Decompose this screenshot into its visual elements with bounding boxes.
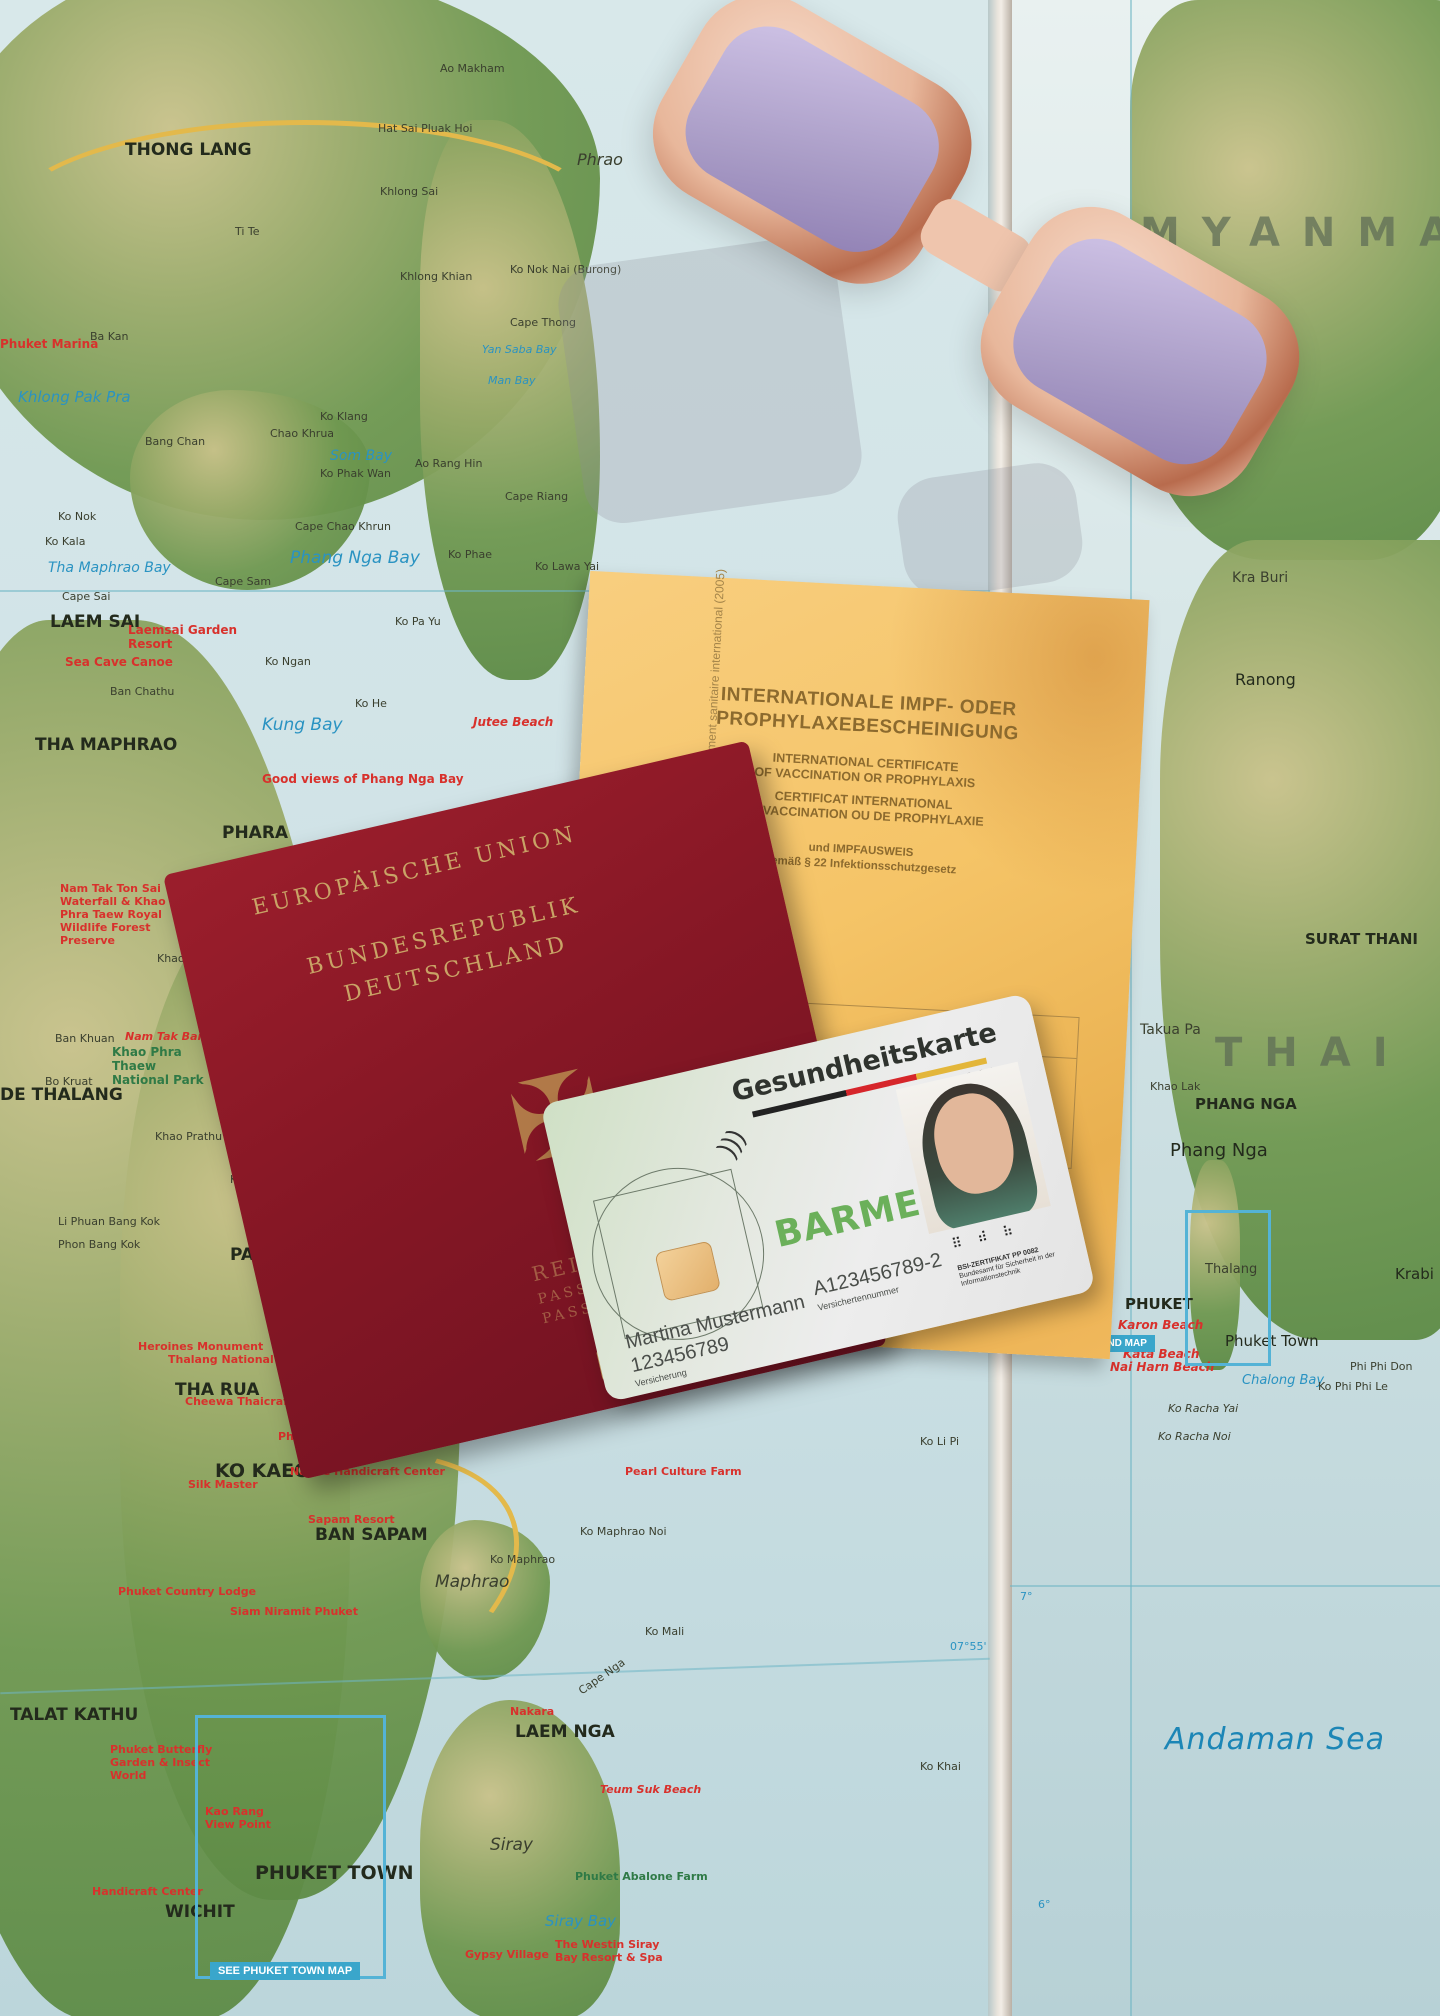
map-label-place: Ko Phae — [448, 548, 492, 561]
photo-scene: THONG LANG LAEM SAI THA MAPHRAO PHARA PA… — [0, 0, 1440, 2016]
map-label-place: Cape Sai — [62, 590, 110, 603]
map-label-water: Som Bay — [330, 448, 392, 464]
map-label-poi: Pearl Culture Farm — [625, 1465, 742, 1478]
map-label-place: Khlong Khian — [400, 270, 472, 283]
map-label-park: Khao Phra Thaew National Park — [112, 1045, 212, 1087]
phuket-town-map-frame — [195, 1715, 386, 1979]
map-label-place: Khao Lak — [1150, 1080, 1200, 1093]
map-label-town: PHANG NGA — [1195, 1095, 1297, 1113]
see-phuket-town-map-link[interactable]: SEE PHUKET TOWN MAP — [210, 1962, 360, 1980]
map-label-place: Ko Khai — [920, 1760, 961, 1773]
map-label-place: Maphrao — [435, 1572, 509, 1592]
map-label-town: TALAT KATHU — [10, 1705, 138, 1725]
map-label-poi: Phuket Marina — [0, 337, 98, 351]
map-label-town: PHARA — [222, 823, 288, 843]
map-label-water: Kung Bay — [262, 715, 343, 735]
map-label-place: Chao Khrua — [270, 427, 334, 440]
map-label-town: DE THALANG — [0, 1085, 123, 1105]
map-label-poi: Sapam Resort — [308, 1513, 395, 1526]
map-label-place: Bang Chan — [145, 435, 205, 448]
map-label-place: Ko Phi Phi Le — [1318, 1380, 1388, 1393]
map-label-town: THA MAPHRAO — [35, 735, 177, 755]
map-label-poi: Laemsai Garden Resort — [128, 623, 248, 651]
map-label-coordinate: 07°55' — [950, 1640, 987, 1653]
map-label-water: Khlong Pak Pra — [18, 388, 131, 406]
map-label-town: PHUKET — [1125, 1295, 1193, 1313]
map-label-place: Ko Kala — [45, 535, 85, 548]
map-label-place: Phi Phi Don — [1350, 1360, 1413, 1373]
map-label-place: Phon Bang Kok — [58, 1238, 140, 1251]
map-label-water: Chalong Bay — [1242, 1373, 1324, 1388]
map-label-coordinate: 6° — [1038, 1898, 1051, 1911]
map-label-town: LAEM SAI — [50, 612, 140, 632]
map-label-place: Ko Nok — [58, 510, 96, 523]
map-label-place: Hat Sai Pluak Hoi — [378, 122, 472, 135]
map-label-place: Cape Chao Khrun — [295, 520, 391, 533]
map-label-place: Ko Racha Yai — [1168, 1402, 1238, 1415]
map-label-place: Ao Rang Hin — [415, 457, 482, 470]
map-label-place: Ko Maphrao Noi — [580, 1525, 667, 1538]
map-label-water: Siray Bay — [545, 1912, 616, 1930]
map-label-place: Cape Sam — [215, 575, 271, 588]
map-label-place: Cape Riang — [505, 490, 568, 503]
map-label-poi: Phuket Country Lodge — [118, 1585, 256, 1598]
map-label-place: Khlong Sai — [380, 185, 438, 198]
map-label-poi: Sea Cave Canoe — [65, 655, 173, 669]
map-label-place: Ko Maphrao — [490, 1553, 555, 1566]
map-label-place: Ban Khuan — [55, 1032, 115, 1045]
map-label-place: Ko He — [355, 697, 387, 710]
phuket-island-map-frame — [1185, 1210, 1271, 1366]
map-label-water: Phang Nga Bay — [290, 548, 420, 568]
map-label-place: Siray — [490, 1835, 533, 1855]
map-label-place: Ko Phak Wan — [320, 467, 391, 480]
map-label-poi: Nakara — [510, 1705, 554, 1718]
map-label-sea: Andaman Sea — [1165, 1722, 1385, 1757]
map-label-poi: Handicraft Center — [92, 1885, 203, 1898]
map-label-town: SURAT THANI — [1305, 930, 1418, 948]
map-label-place: Takua Pa — [1140, 1022, 1201, 1038]
map-label-coordinate: 7° — [1020, 1590, 1033, 1603]
map-grid-line — [1010, 1585, 1440, 1587]
map-label-poi: Teum Suk Beach — [600, 1783, 701, 1796]
map-label-place: Ko Racha Noi — [1158, 1430, 1231, 1443]
map-label-poi: The Westin Siray Bay Resort & Spa — [555, 1938, 665, 1964]
map-label-poi: Phuket Abalone Farm — [575, 1870, 708, 1883]
map-label-place: Ban Chathu — [110, 685, 174, 698]
map-label-place: Bo Kruat — [45, 1075, 93, 1088]
map-label-town: THONG LANG — [125, 140, 252, 160]
map-label-poi: Siam Niramit Phuket — [230, 1605, 358, 1618]
map-label-place: Ti Te — [235, 225, 260, 238]
contactless-icon: ))) — [711, 1123, 751, 1161]
map-label-place: Li Phuan Bang Kok — [58, 1215, 160, 1228]
map-label-town: BAN SAPAM — [315, 1525, 428, 1545]
map-label-poi: Silk Master — [188, 1478, 258, 1491]
map-label-town: LAEM NGA — [515, 1722, 615, 1742]
map-label-place: Ao Makham — [440, 62, 505, 75]
map-label-poi: Gypsy Village — [465, 1948, 549, 1961]
map-label-poi: Heroines Monument — [138, 1340, 263, 1353]
map-label-place: Ko Li Pi — [920, 1435, 959, 1448]
map-label-place: Ko Pa Yu — [395, 615, 441, 628]
map-label-place: Ko Ngan — [265, 655, 311, 668]
map-label-place: Ko Klang — [320, 410, 368, 423]
map-label-town: Krabi — [1395, 1265, 1434, 1283]
map-label-town: Phang Nga — [1170, 1140, 1268, 1161]
map-label-water: Tha Maphrao Bay — [48, 560, 171, 576]
map-label-country: THAI — [1215, 1030, 1410, 1076]
map-label-place: Ko Mali — [645, 1625, 684, 1638]
map-road-1004 — [0, 120, 610, 330]
map-label-poi: Jutee Beach — [473, 715, 553, 729]
map-label-poi: Good views of Phang Nga Bay — [262, 772, 464, 786]
